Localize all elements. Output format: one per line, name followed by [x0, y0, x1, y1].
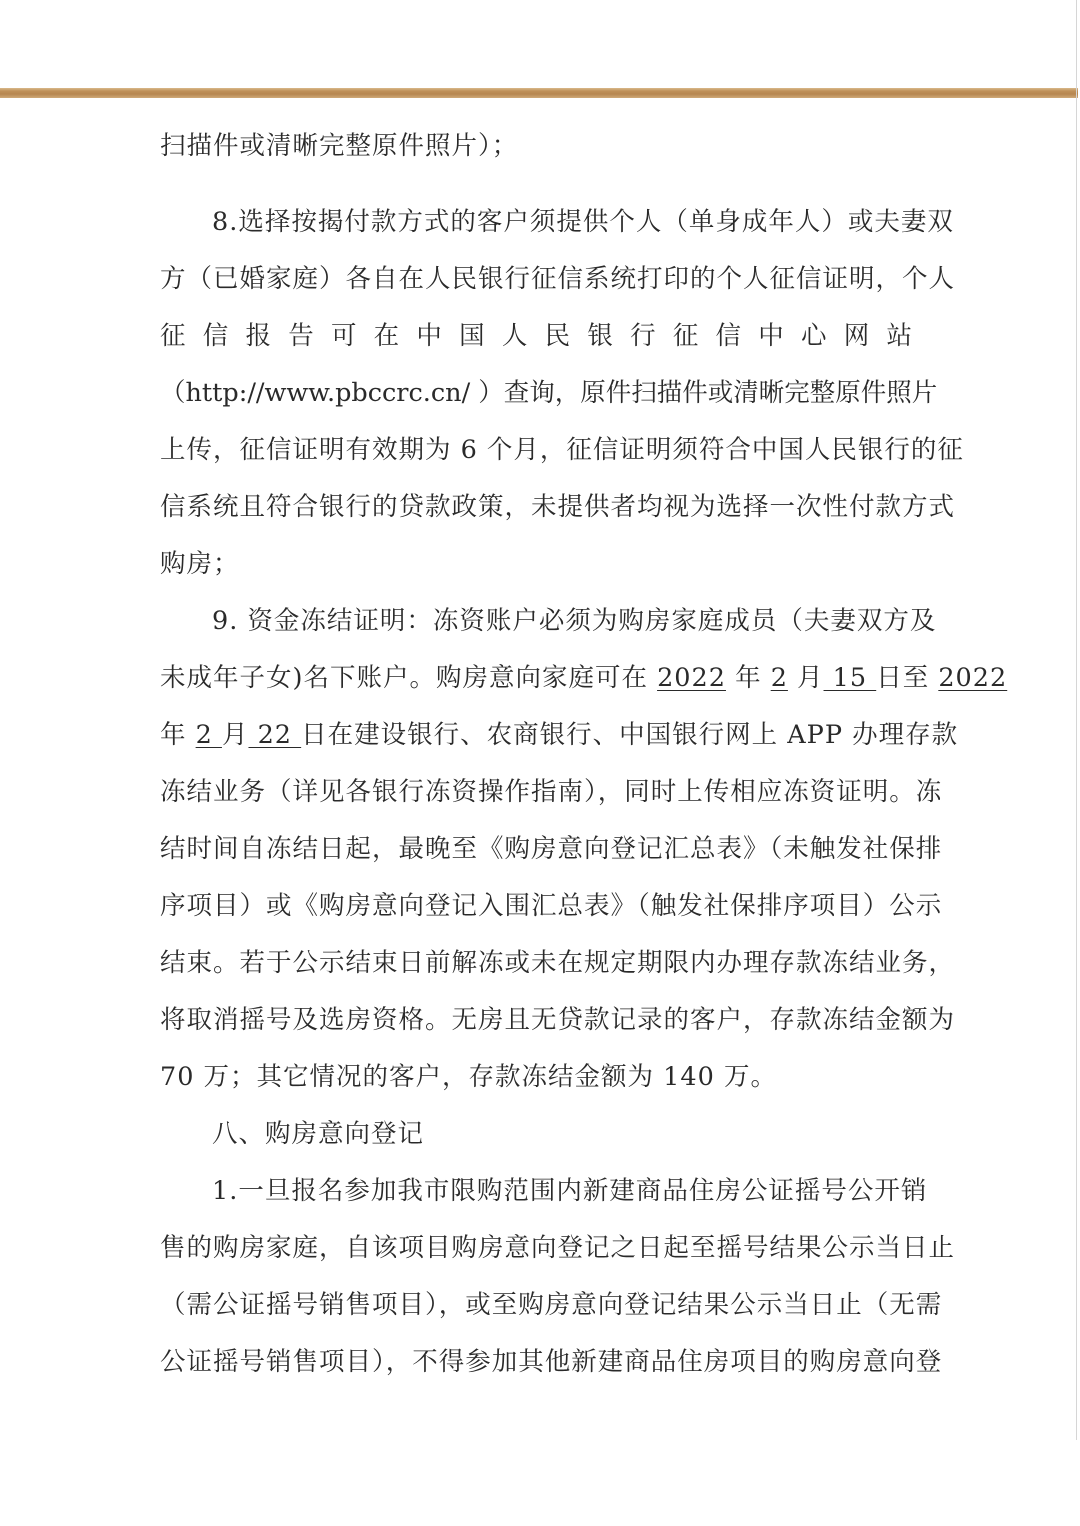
item-9-line-7: 结束。若于公示结束日前解冻或未在规定期限内办理存款冻结业务， [160, 943, 912, 983]
item-8-line-4-url: （http://www.pbccrc.cn/ ）查询，原件扫描件或清晰完整原件照… [160, 373, 912, 413]
end-month: 2 [196, 720, 222, 750]
start-year: 2022 [657, 663, 726, 693]
item-8-line-5: 上传，征信证明有效期为 6 个月，征信证明须符合中国人民银行的征 [160, 430, 912, 470]
year-label-2: 年 [160, 720, 196, 750]
page-edge-line [1076, 0, 1077, 1440]
month-label-2: 月 [222, 720, 249, 750]
item-9-line-5: 结时间自冻结日起，最晚至《购房意向登记汇总表》（未触发社保排 [160, 829, 912, 869]
item-9-line-4: 冻结业务（详见各银行冻资操作指南），同时上传相应冻资证明。冻 [160, 772, 912, 812]
month-label: 月 [788, 663, 824, 693]
section-8-item-1-line-4: 公证摇号销售项目），不得参加其他新建商品住房项目的购房意向登 [160, 1342, 912, 1382]
text-line-continuation: 扫描件或清晰完整原件照片）； [160, 126, 912, 166]
item-9-line-3-dates: 年 2 月 22 日在建设银行、农商银行、中国银行网上 APP 办理存款 [160, 715, 912, 755]
date-text-prefix: 未成年子女)名下账户。购房意向家庭可在 [160, 663, 657, 693]
item-9-line-6: 序项目）或《购房意向登记入围汇总表》（触发社保排序项目）公示 [160, 886, 912, 926]
item-8-line-6: 信系统且符合银行的贷款政策，未提供者均视为选择一次性付款方式 [160, 487, 912, 527]
item-8-line-3: 征信报告可在中国人民银行征信中心网站 [160, 316, 912, 356]
section-8-item-1-line-1: 1.一旦报名参加我市限购范围内新建商品住房公证摇号公开销 [160, 1171, 912, 1211]
start-month: 2 [771, 663, 788, 693]
section-8-item-1-line-3: （需公证摇号销售项目），或至购房意向登记结果公示当日止（无需 [160, 1285, 912, 1325]
item-9-line-2-dates: 未成年子女)名下账户。购房意向家庭可在 2022 年 2 月 15 日至 202… [160, 658, 912, 698]
section-8-item-1-line-2: 售的购房家庭，自该项目购房意向登记之日起至摇号结果公示当日止 [160, 1228, 912, 1268]
item-8-line-2: 方（已婚家庭）各自在人民银行征信系统打印的个人征信证明，个人 [160, 259, 912, 299]
year-label: 年 [726, 663, 771, 693]
item-9-line-8: 将取消摇号及选房资格。无房且无贷款记录的客户，存款冻结金额为 [160, 1000, 912, 1040]
banks-text: 日在建设银行、农商银行、中国银行网上 APP 办理存款 [301, 720, 958, 750]
day-to-label: 日至 [876, 663, 938, 693]
item-9-line-9-amounts: 70 万；其它情况的客户，存款冻结金额为 140 万。 [160, 1057, 912, 1097]
end-year: 2022 [938, 663, 1007, 693]
item-9-line-1: 9. 资金冻结证明：冻资账户必须为购房家庭成员（夫妻双方及 [160, 601, 912, 641]
item-8-line-1: 8.选择按揭付款方式的客户须提供个人（单身成年人）或夫妻双 [160, 202, 912, 242]
section-8-heading: 八、购房意向登记 [160, 1114, 912, 1154]
end-day: 22 [248, 720, 301, 750]
item-8-line-7: 购房； [160, 544, 912, 584]
start-day: 15 [824, 663, 877, 693]
header-decorative-rule [0, 88, 1078, 98]
